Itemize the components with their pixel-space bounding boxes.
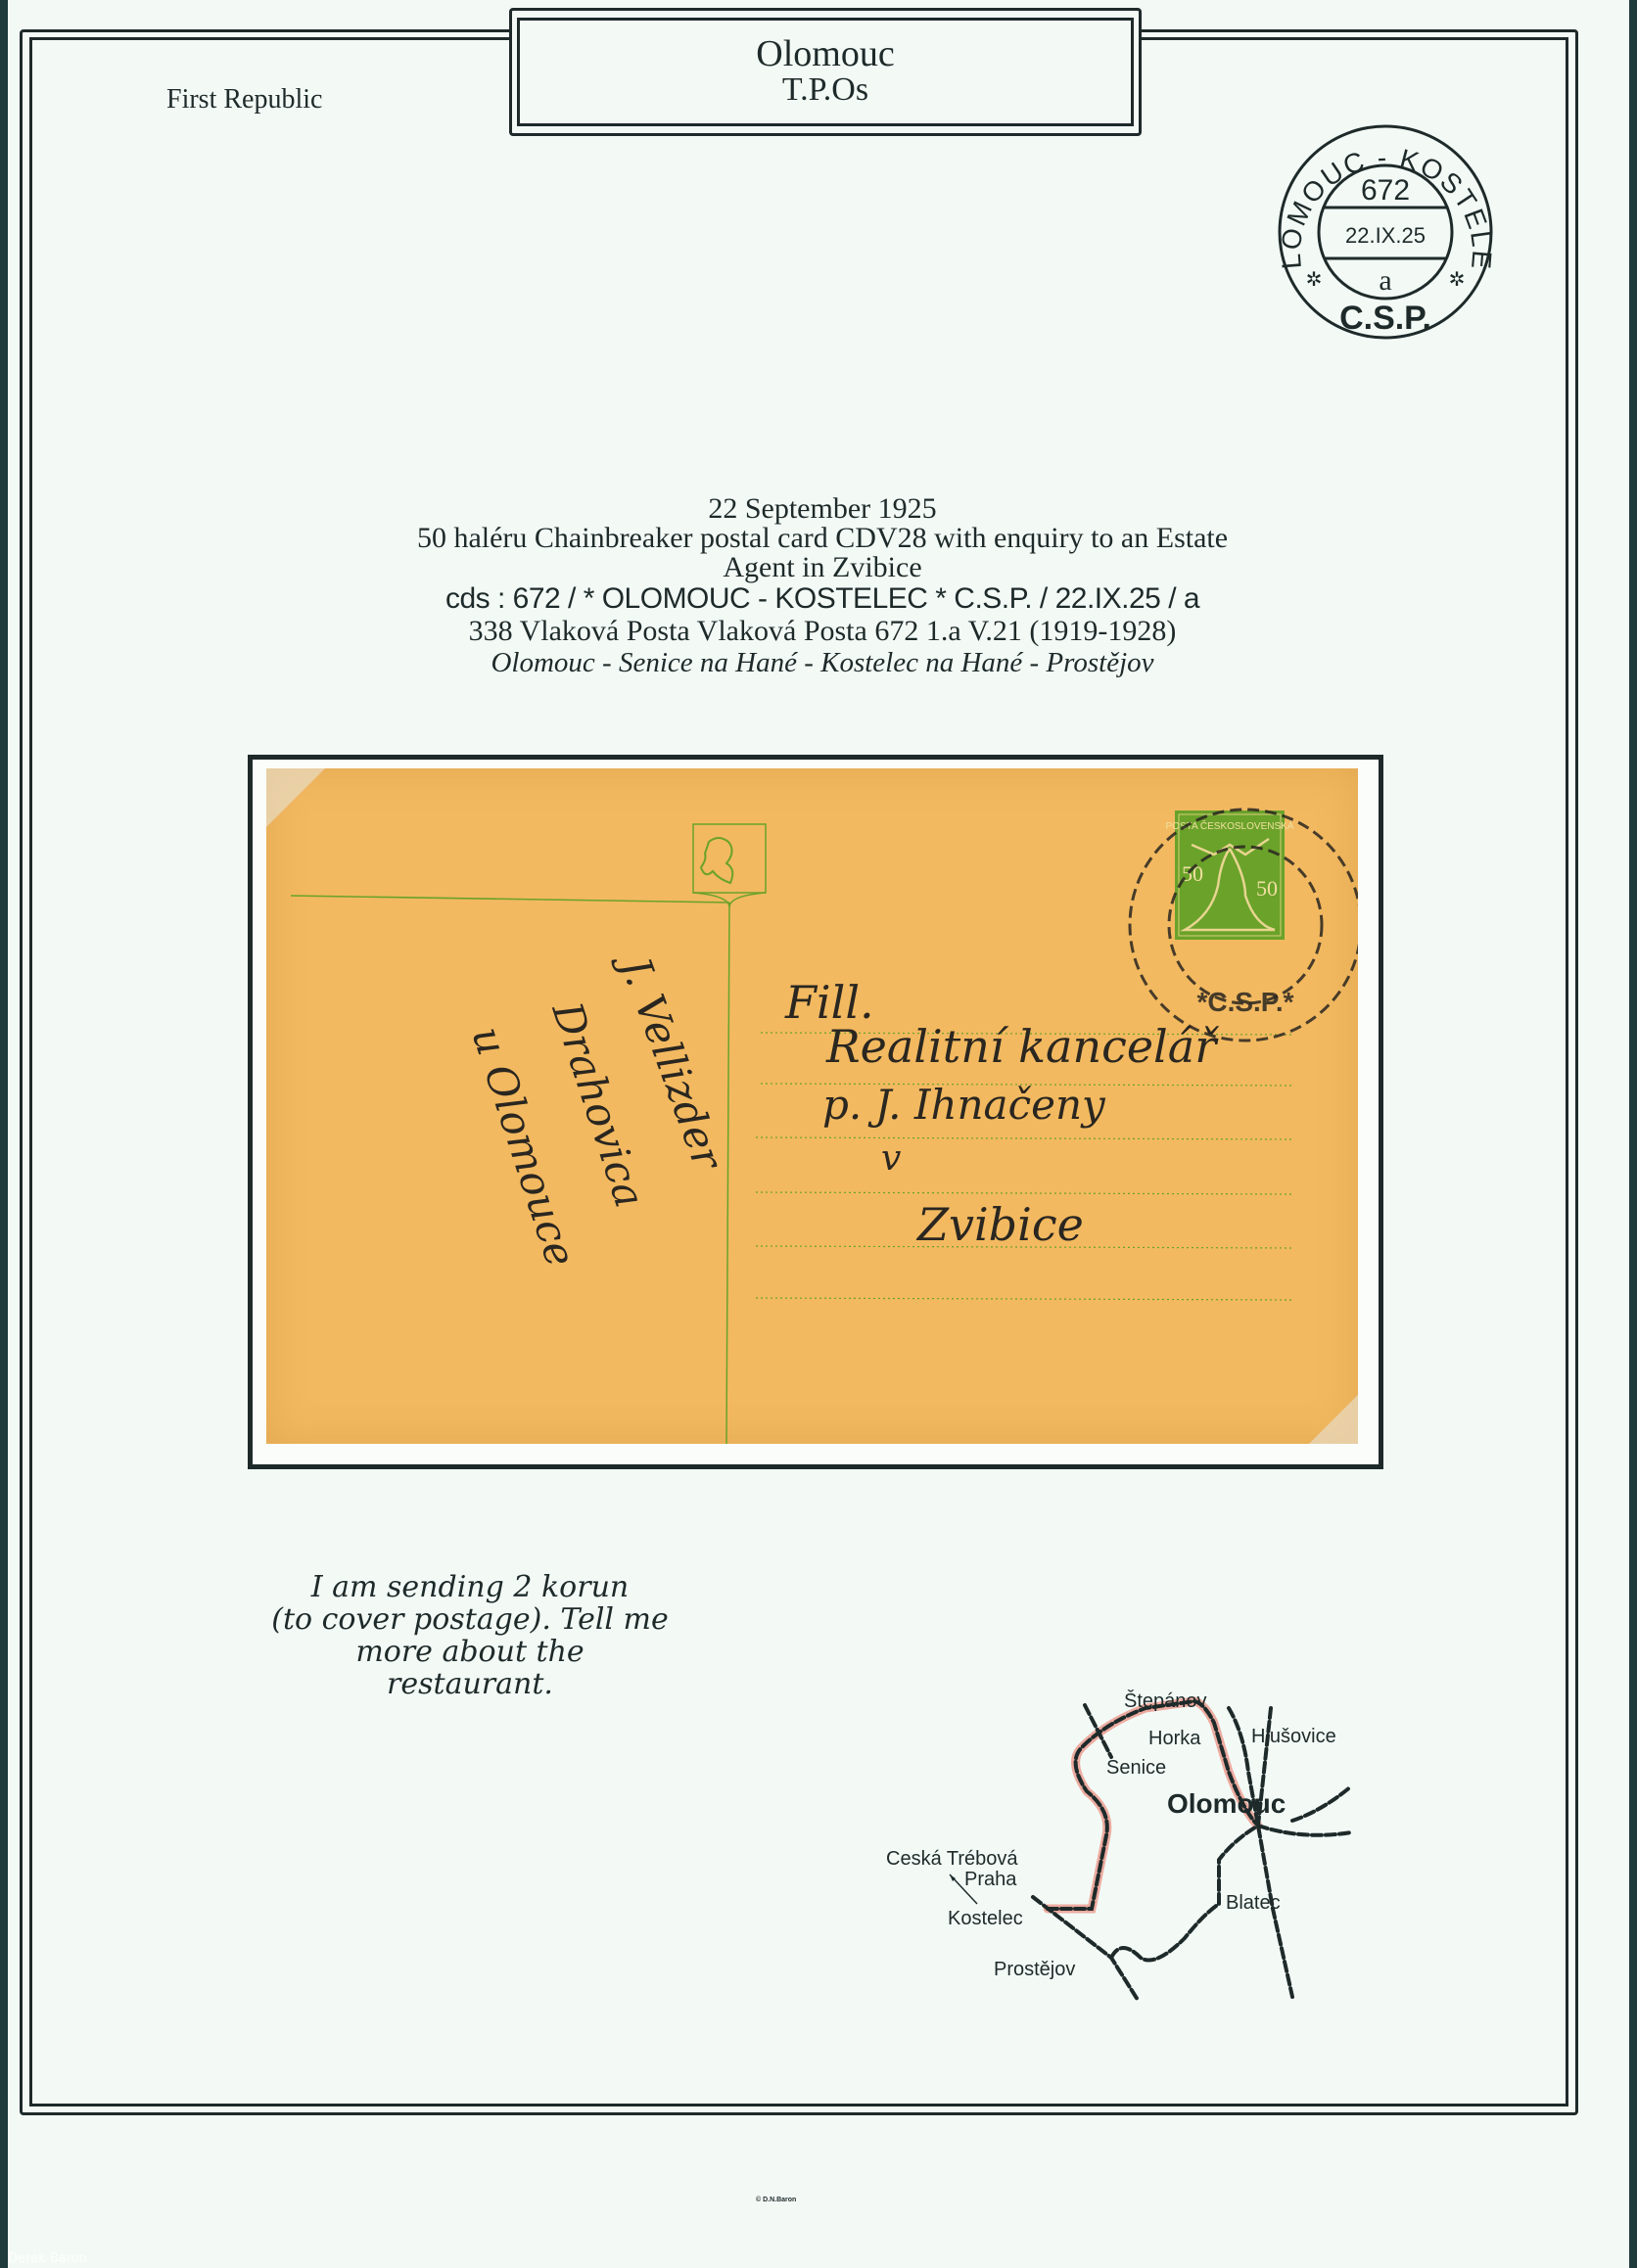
scan-edge-left xyxy=(0,0,8,2268)
svg-text:C.S.P.: C.S.P. xyxy=(1339,300,1431,337)
svg-text:p. J. Ihnačeny: p. J. Ihnačeny xyxy=(822,1081,1106,1129)
svg-text:672: 672 xyxy=(1361,174,1410,207)
description-reference: 338 Vlaková Posta Vlaková Posta 672 1.a … xyxy=(235,616,1410,647)
watermark: Derek Baron xyxy=(8,2251,87,2266)
description-item: 50 haléru Chainbreaker postal card CDV28… xyxy=(235,524,1410,553)
svg-text:✲: ✲ xyxy=(1306,269,1323,291)
svg-text:Horka: Horka xyxy=(1148,1728,1201,1749)
description-cds: cds : 672 / * OLOMOUC - KOSTELEC * C.S.P… xyxy=(235,582,1410,616)
svg-text:Blatec: Blatec xyxy=(1226,1892,1281,1914)
translation-line: (to cover postage). Tell me xyxy=(220,1603,720,1636)
svg-text:Olomouc: Olomouc xyxy=(1167,1788,1286,1819)
svg-text:*C.S.P.*: *C.S.P.* xyxy=(1196,987,1293,1017)
svg-text:50: 50 xyxy=(1256,876,1278,901)
coat-of-arms-icon xyxy=(693,824,766,907)
page-subtitle: T.P.Os xyxy=(520,73,1131,107)
svg-text:Senice: Senice xyxy=(1106,1757,1166,1779)
svg-text:a: a xyxy=(1379,264,1391,297)
svg-text:50: 50 xyxy=(1182,861,1203,886)
svg-text:v: v xyxy=(881,1138,901,1179)
svg-text:Praha: Praha xyxy=(964,1869,1017,1890)
translation-line: restaurant. xyxy=(220,1668,720,1700)
postal-card: POSTA ČESKOSLOVENSKÁ 50 50 *C.S.P.* Fill… xyxy=(266,768,1358,1444)
svg-text:Hlušovice: Hlušovice xyxy=(1251,1726,1336,1747)
scan-edge-right xyxy=(1629,0,1637,2268)
translation-line: more about the xyxy=(220,1636,720,1668)
svg-text:Zvibice: Zvibice xyxy=(915,1198,1084,1251)
description-date: 22 September 1925 xyxy=(235,494,1410,524)
chainbreaker-stamp: POSTA ČESKOSLOVENSKÁ 50 50 xyxy=(1166,810,1294,940)
svg-text:22.IX.25: 22.IX.25 xyxy=(1345,223,1426,248)
cancellation-postmark-icon: OLOMOUC - KOSTELEC 672 22.IX.25 a C.S.P.… xyxy=(1263,110,1508,354)
svg-text:✲: ✲ xyxy=(1449,269,1466,291)
title-box: Olomouc T.P.Os xyxy=(517,18,1134,126)
item-description: 22 September 1925 50 haléru Chainbreaker… xyxy=(235,494,1410,678)
route-map: Štepánov Horka Hlušovice Senice Olomouc … xyxy=(862,1664,1410,2016)
translation-line: I am sending 2 korun xyxy=(220,1571,720,1603)
description-route: Olomouc - Senice na Hané - Kostelec na H… xyxy=(235,647,1410,678)
page-title: Olomouc xyxy=(520,34,1131,73)
description-item-cont: Agent in Zvibice xyxy=(235,553,1410,582)
svg-text:Štepánov: Štepánov xyxy=(1124,1689,1207,1712)
svg-text:Realitní kancelář: Realitní kancelář xyxy=(825,1020,1219,1073)
svg-text:Prostějov: Prostějov xyxy=(994,1959,1075,1980)
svg-text:Kostelec: Kostelec xyxy=(948,1908,1023,1929)
svg-text:Ceská Trébová: Ceská Trébová xyxy=(886,1848,1018,1870)
section-label: First Republic xyxy=(166,84,322,116)
translation-note: I am sending 2 korun (to cover postage).… xyxy=(220,1571,720,1700)
copyright-notice: © D.N.Baron xyxy=(756,2197,796,2203)
